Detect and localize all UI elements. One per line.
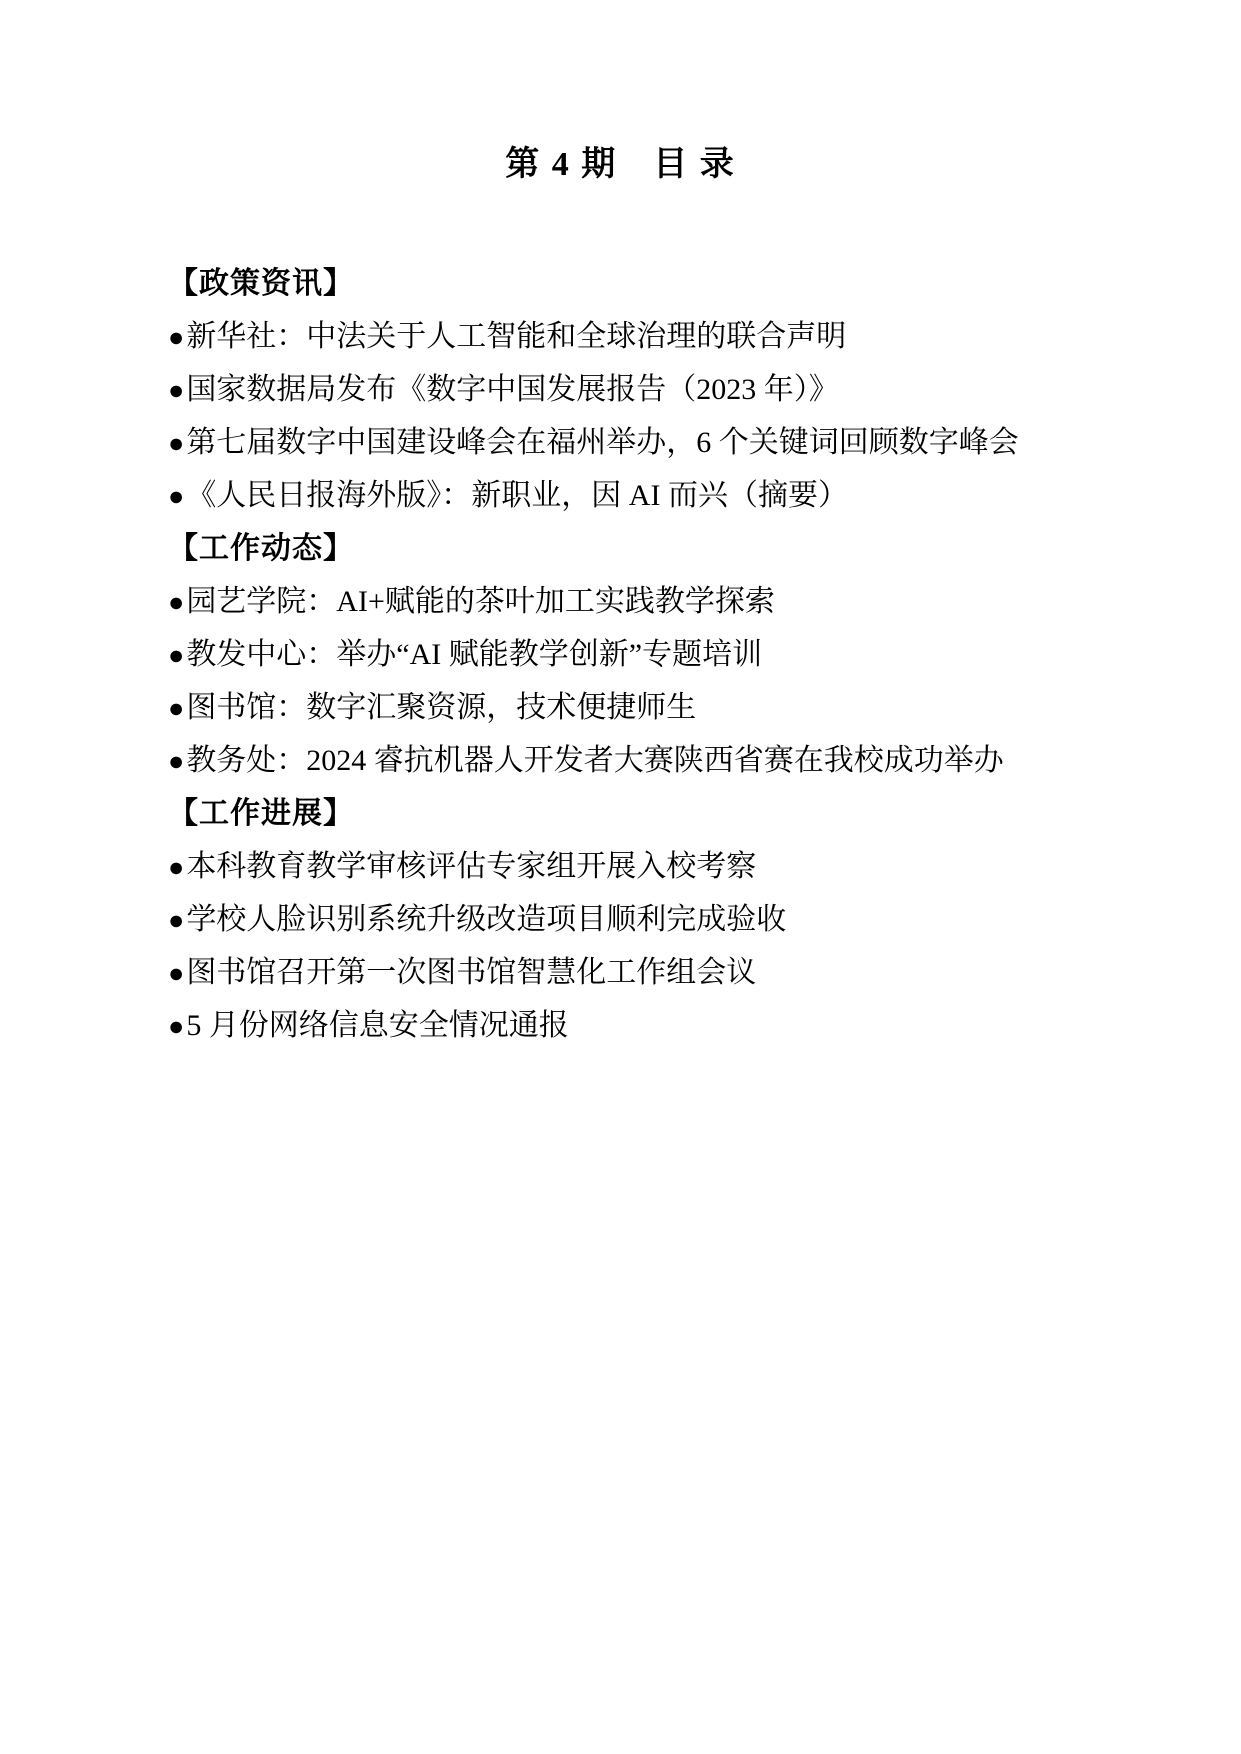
toc-item: ●教发中心：举办“AI 赋能教学创新”专题培训: [168, 628, 1168, 681]
toc-item: ●国家数据局发布《数字中国发展报告（2023 年）》: [168, 363, 1168, 416]
bullet-icon: ●: [168, 682, 184, 735]
table-of-contents: 【政策资讯】 ●新华社：中法关于人工智能和全球治理的联合声明 ●国家数据局发布《…: [168, 257, 1168, 1052]
toc-item-text: 教务处：2024 睿抗机器人开发者大赛陕西省赛在我校成功举办: [186, 744, 1004, 777]
bullet-icon: ●: [168, 576, 184, 629]
toc-item: ●图书馆召开第一次图书馆智慧化工作组会议: [168, 946, 1168, 999]
toc-item-text: 图书馆召开第一次图书馆智慧化工作组会议: [186, 956, 756, 989]
document-page: 第 4 期 目 录 【政策资讯】 ●新华社：中法关于人工智能和全球治理的联合声明…: [0, 0, 1241, 1754]
toc-item-text: 国家数据局发布《数字中国发展报告（2023 年）》: [186, 373, 839, 406]
bullet-icon: ●: [168, 841, 184, 894]
toc-item: ●《人民日报海外版》：新职业，因 AI 而兴（摘要）: [168, 469, 1168, 522]
toc-item-text: 5 月份网络信息安全情况通报: [186, 1009, 569, 1042]
section-heading-work-updates: 【工作动态】: [168, 522, 1168, 575]
toc-item-text: 第七届数字中国建设峰会在福州举办，6 个关键词回顾数字峰会: [186, 426, 1019, 459]
bullet-icon: ●: [168, 311, 184, 364]
toc-item: ●新华社：中法关于人工智能和全球治理的联合声明: [168, 310, 1168, 363]
toc-item-text: 本科教育教学审核评估专家组开展入校考察: [186, 850, 756, 883]
toc-item: ●教务处：2024 睿抗机器人开发者大赛陕西省赛在我校成功举办: [168, 734, 1168, 787]
section-heading-work-progress: 【工作进展】: [168, 787, 1168, 840]
bullet-icon: ●: [168, 735, 184, 788]
toc-item-text: 新华社：中法关于人工智能和全球治理的联合声明: [186, 320, 846, 353]
toc-item-text: 《人民日报海外版》：新职业，因 AI 而兴（摘要）: [186, 479, 848, 512]
toc-item-text: 教发中心：举办“AI 赋能教学创新”专题培训: [186, 638, 762, 671]
toc-item-text: 园艺学院：AI+赋能的茶叶加工实践教学探索: [186, 585, 775, 618]
toc-item: ●学校人脸识别系统升级改造项目顺利完成验收: [168, 893, 1168, 946]
toc-item: ●园艺学院：AI+赋能的茶叶加工实践教学探索: [168, 575, 1168, 628]
bullet-icon: ●: [168, 417, 184, 470]
bullet-icon: ●: [168, 629, 184, 682]
toc-item-text: 图书馆：数字汇聚资源，技术便捷师生: [186, 691, 696, 724]
bullet-icon: ●: [168, 947, 184, 1000]
toc-item: ●第七届数字中国建设峰会在福州举办，6 个关键词回顾数字峰会: [168, 416, 1168, 469]
bullet-icon: ●: [168, 470, 184, 523]
bullet-icon: ●: [168, 364, 184, 417]
bullet-icon: ●: [168, 1000, 184, 1053]
page-title: 第 4 期 目 录: [0, 0, 1241, 187]
bullet-icon: ●: [168, 894, 184, 947]
toc-item: ●图书馆：数字汇聚资源，技术便捷师生: [168, 681, 1168, 734]
toc-item-text: 学校人脸识别系统升级改造项目顺利完成验收: [186, 903, 786, 936]
toc-item: ●本科教育教学审核评估专家组开展入校考察: [168, 840, 1168, 893]
section-heading-policy-news: 【政策资讯】: [168, 257, 1168, 310]
toc-item: ●5 月份网络信息安全情况通报: [168, 999, 1168, 1052]
